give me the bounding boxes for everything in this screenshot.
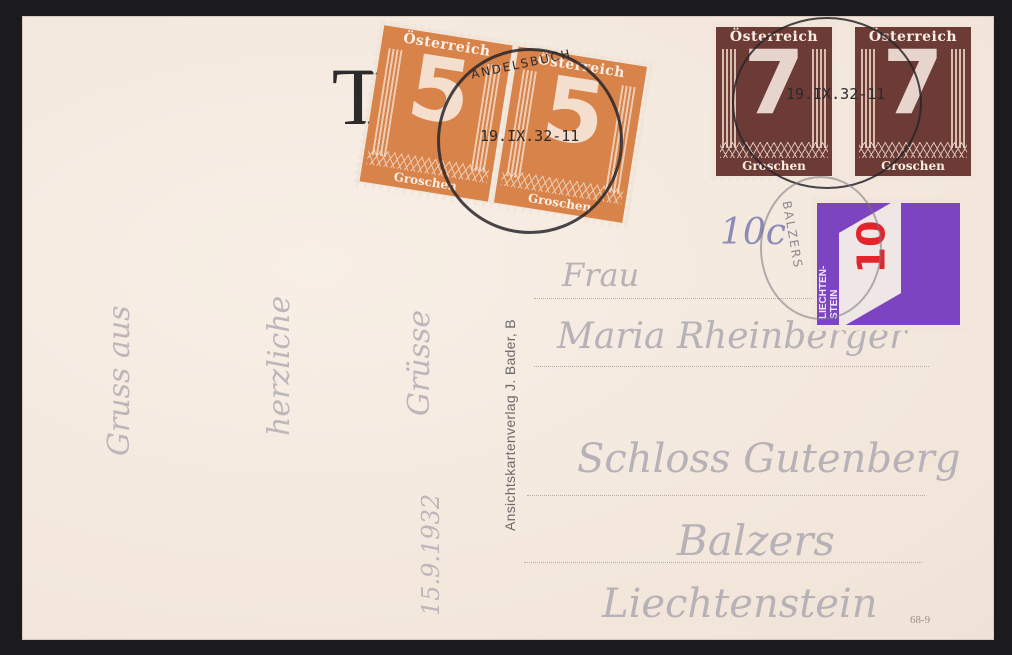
handwritten-message: Grüsse bbox=[402, 310, 437, 416]
postmark-date: 19.IX.32-11 bbox=[786, 85, 885, 103]
handwritten-address-street: Schloss Gutenberg bbox=[577, 436, 960, 482]
postmark-town: BALZERS bbox=[780, 200, 806, 270]
postmark-date: 19.IX.32-11 bbox=[480, 127, 579, 145]
handwritten-message: herzliche bbox=[262, 296, 297, 436]
address-line bbox=[527, 495, 925, 496]
handwritten-message: Gruss aus bbox=[102, 305, 137, 456]
handwritten-date: 15.9.1932 bbox=[417, 494, 445, 616]
publisher-imprint: Ansichtskartenverlag J. Bader, B bbox=[502, 319, 518, 531]
handwritten-address-town: Balzers bbox=[677, 516, 835, 565]
catalog-number: 68-9 bbox=[910, 614, 930, 626]
postmark-cancellation: 19.IX.32-11 bbox=[732, 17, 922, 189]
postmark-liechtenstein: BALZERS bbox=[760, 176, 882, 320]
address-line bbox=[534, 366, 929, 367]
postmark-cancellation: ANDELSBUCH 19.IX.32-11 bbox=[437, 48, 623, 234]
handwritten-address-country: Liechtenstein bbox=[602, 581, 878, 627]
